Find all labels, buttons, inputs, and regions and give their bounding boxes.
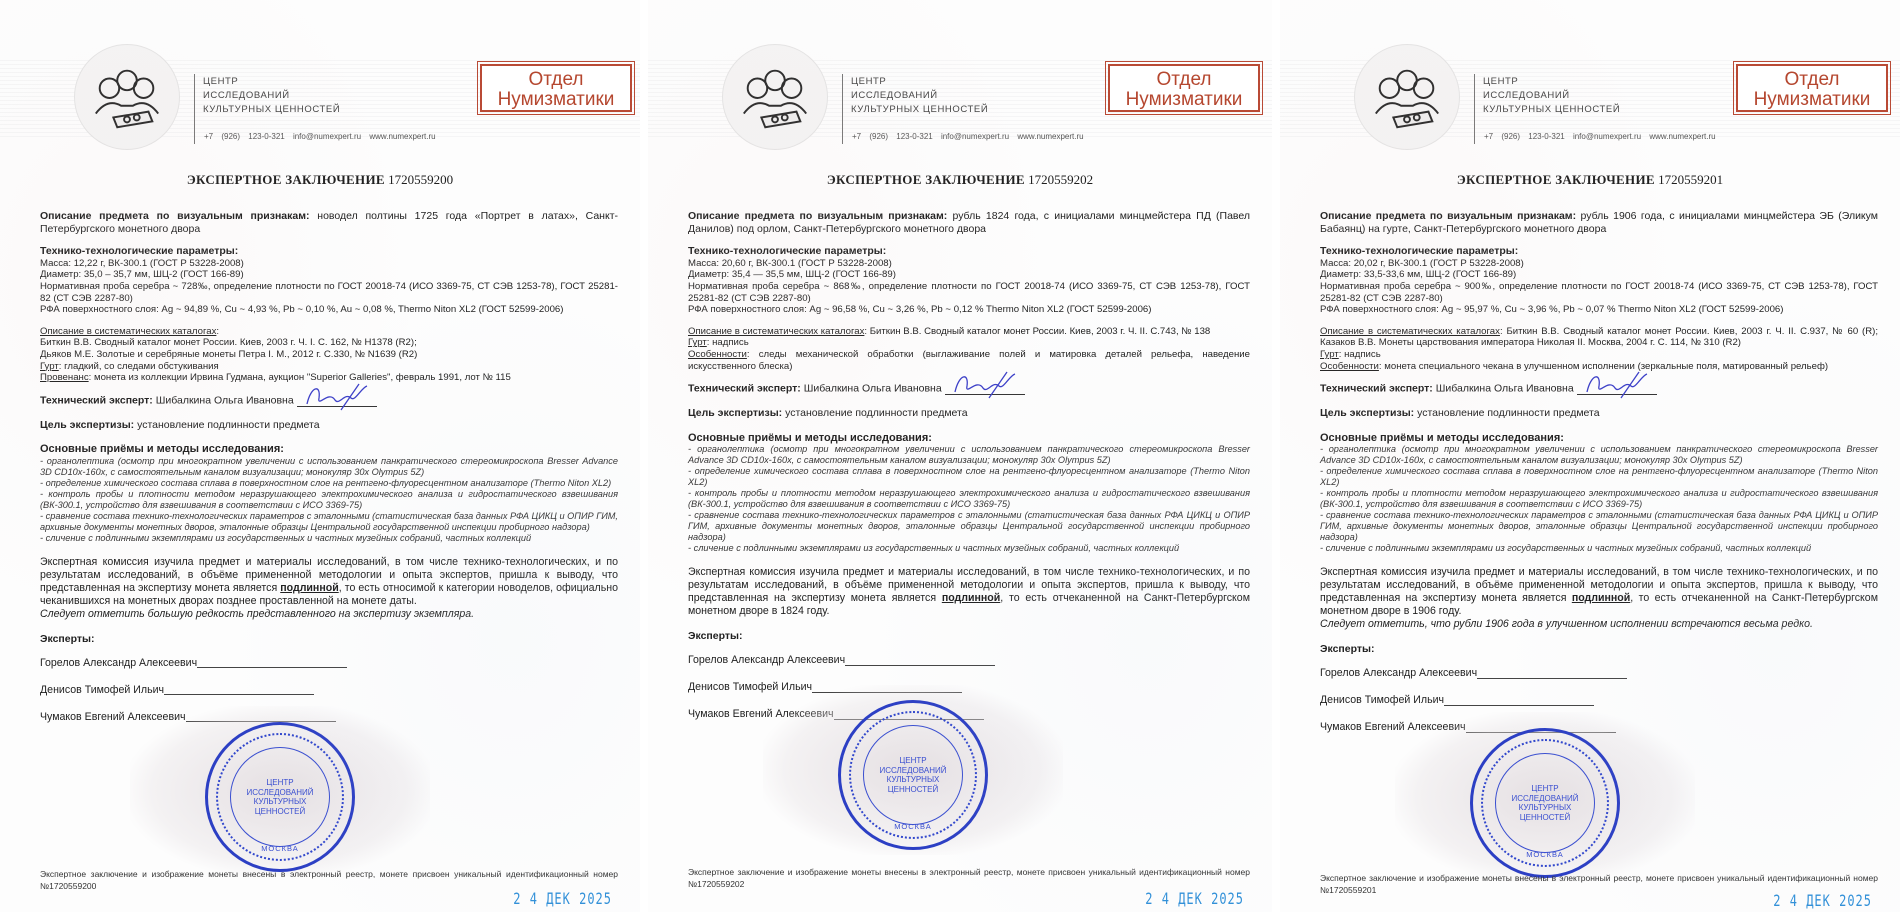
param-fineness: Нормативная проба серебра ~ 900‰, опреде…	[1320, 281, 1878, 304]
edge-label: Гурт	[1320, 349, 1339, 360]
document-number: 1720559202	[1028, 172, 1093, 187]
org-line: ИССЛЕДОВАНИЙ	[203, 90, 340, 102]
description-section: Описание предмета по визуальным признака…	[688, 210, 1250, 235]
phone: +7 (926) 123-0-321	[204, 132, 285, 141]
expert-row: Горелов Александр Алексеевич	[40, 650, 618, 677]
description-label: Описание предмета по визуальным признака…	[40, 210, 310, 222]
footer-text: Экспертное заключение и изображение моне…	[1320, 873, 1878, 883]
expert-row: Денисов Тимофей Ильич	[40, 677, 618, 704]
method-item: - сравнение состава технико-технологичес…	[1320, 510, 1878, 543]
expert-name: Горелов Александр Алексеевич	[1320, 667, 1477, 679]
registry-footer: Экспертное заключение и изображение моне…	[688, 866, 1250, 890]
catalogs-label: Описание в систематических каталогах	[40, 326, 216, 337]
conclusion: Экспертная комиссия изучила предмет и ма…	[40, 556, 618, 608]
org-line: ИССЛЕДОВАНИЙ	[1483, 90, 1620, 102]
registry-footer: Экспертное заключение и изображение моне…	[40, 868, 618, 892]
registry-number: №1720559200	[40, 881, 96, 891]
stamp-city: МОСКВА	[1473, 850, 1617, 859]
website-link[interactable]: www.numexpert.ru	[1017, 132, 1083, 141]
tech-expert-row: Технический эксперт: Шибалкина Ольга Ива…	[40, 394, 618, 407]
expert-conclusion-document-3: ЦЕНТР ИССЛЕДОВАНИЙ КУЛЬТУРНЫХ ЦЕННОСТЕЙ …	[1280, 0, 1900, 912]
goal-value: установление подлинности предмета	[1417, 407, 1599, 419]
catalogs-value: Биткин В.В. Сводный каталог монет России…	[870, 326, 1211, 337]
logo	[722, 44, 828, 150]
experts-heading: Эксперты:	[1320, 643, 1878, 656]
signature-icon	[1577, 382, 1657, 395]
method-item: - контроль пробы и плотности методом нер…	[1320, 488, 1878, 510]
param-mass: Масса: 12,22 г, ВК-300.1 (ГОСТ Р 53228-2…	[40, 258, 618, 270]
tech-expert-row: Технический эксперт: Шибалкина Ольга Ива…	[1320, 382, 1878, 395]
edge-value: надпись	[712, 337, 749, 348]
email-link[interactable]: info@numexpert.ru	[293, 132, 361, 141]
stamp-text: КУЛЬТУРНЫХ	[1512, 803, 1579, 813]
stamp-text: ИССЛЕДОВАНИЙ	[247, 788, 314, 798]
signature-icon	[945, 382, 1025, 395]
methods-heading: Основные приёмы и методы исследования:	[40, 443, 618, 456]
stamp-city: МОСКВА	[841, 822, 985, 831]
title-label: ЭКСПЕРТНОЕ ЗАКЛЮЧЕНИЕ	[827, 172, 1025, 187]
stamp-text: КУЛЬТУРНЫХ	[247, 797, 314, 807]
document-body: Описание предмета по визуальным признака…	[688, 210, 1250, 728]
stamp-text: ИССЛЕДОВАНИЙ	[880, 766, 947, 776]
stamp-text: ЦЕНТР	[247, 778, 314, 788]
contacts: +7 (926) 123-0-321 info@numexpert.ru www…	[852, 132, 1084, 141]
tech-expert-row: Технический эксперт: Шибалкина Ольга Ива…	[688, 382, 1250, 395]
website-link[interactable]: www.numexpert.ru	[369, 132, 435, 141]
title-label: ЭКСПЕРТНОЕ ЗАКЛЮЧЕНИЕ	[1457, 172, 1655, 187]
department-line: Нумизматики	[482, 90, 630, 110]
catalogs-section: Описание в систематических каталогах: Би…	[40, 326, 618, 384]
tech-expert-name: Шибалкина Ольга Ивановна	[804, 383, 942, 395]
edge-value: надпись	[1344, 349, 1381, 360]
goal-label: Цель экспертизы:	[688, 407, 782, 419]
org-line: КУЛЬТУРНЫХ ЦЕННОСТЕЙ	[203, 104, 340, 116]
features-label: Особенности	[688, 349, 747, 360]
experts-heading: Эксперты:	[688, 630, 1250, 643]
expert-name: Горелов Александр Алексеевич	[40, 657, 197, 669]
stamp-text: ЦЕННОСТЕЙ	[1512, 813, 1579, 823]
department-line: Нумизматики	[1110, 90, 1258, 110]
conclusion: Экспертная комиссия изучила предмет и ма…	[688, 566, 1250, 618]
department-line: Отдел	[1738, 70, 1886, 90]
department-line: Нумизматики	[1738, 90, 1886, 110]
provenance-label: Провенанс	[40, 372, 89, 383]
registry-number: №1720559202	[688, 879, 744, 889]
param-diameter: Диаметр: 33,5-33,6 мм, ШЦ-2 (ГОСТ 166-89…	[1320, 269, 1878, 281]
expert-conclusion-document-2: ЦЕНТР ИССЛЕДОВАНИЙ КУЛЬТУРНЫХ ЦЕННОСТЕЙ …	[648, 0, 1272, 912]
department-line: Отдел	[482, 70, 630, 90]
org-line: ЦЕНТР	[203, 76, 340, 88]
goal-label: Цель экспертизы:	[40, 419, 134, 431]
features-label: Особенности	[1320, 361, 1379, 372]
email-link[interactable]: info@numexpert.ru	[941, 132, 1009, 141]
authentic-verdict: подлинной	[1572, 592, 1630, 604]
param-diameter: Диаметр: 35,0 – 35,7 мм, ШЦ-2 (ГОСТ 166-…	[40, 269, 618, 281]
catalogs-section: Описание в систематических каталогах: Би…	[688, 326, 1250, 372]
expert-row: Денисов Тимофей Ильич	[1320, 687, 1878, 714]
expert-conclusion-document-1: ЦЕНТР ИССЛЕДОВАНИЙ КУЛЬТУРНЫХ ЦЕННОСТЕЙ …	[0, 0, 640, 912]
methods-list: - органолептика (осмотр при многократном…	[1320, 444, 1878, 554]
tech-expert-name: Шибалкина Ольга Ивановна	[1436, 383, 1574, 395]
stamp-text: ЦЕННОСТЕЙ	[247, 807, 314, 817]
date-stamp: 2 4 ДЕК 2025	[1145, 890, 1244, 908]
goal-row: Цель экспертизы: установление подлинност…	[40, 419, 618, 432]
document-number: 1720559201	[1658, 172, 1723, 187]
stamp-text: ЦЕНТР	[880, 756, 947, 766]
conclusion-note: Следует отметить, что рубли 1906 года в …	[1320, 618, 1878, 631]
expert-row: Горелов Александр Алексеевич	[1320, 660, 1878, 687]
tech-expert-name: Шибалкина Ольга Ивановна	[156, 394, 294, 406]
email-link[interactable]: info@numexpert.ru	[1573, 132, 1641, 141]
method-item: - определение химического состава сплава…	[40, 478, 618, 489]
date-stamp: 2 4 ДЕК 2025	[1773, 892, 1872, 910]
document-body: Описание предмета по визуальным признака…	[40, 210, 618, 731]
expert-name: Денисов Тимофей Ильич	[40, 684, 164, 696]
contacts: +7 (926) 123-0-321 info@numexpert.ru www…	[204, 132, 436, 141]
phone: +7 (926) 123-0-321	[852, 132, 933, 141]
conclusion: Экспертная комиссия изучила предмет и ма…	[1320, 566, 1878, 618]
goal-label: Цель экспертизы:	[1320, 407, 1414, 419]
document-title: ЭКСПЕРТНОЕ ЗАКЛЮЧЕНИЕ 1720559200	[0, 172, 640, 188]
method-item: - органолептика (осмотр при многократном…	[1320, 444, 1878, 466]
method-item: - органолептика (осмотр при многократном…	[40, 456, 618, 478]
signature-icon	[297, 394, 377, 407]
goal-row: Цель экспертизы: установление подлинност…	[1320, 407, 1878, 420]
description-section: Описание предмета по визуальным признака…	[1320, 210, 1878, 235]
document-title: ЭКСПЕРТНОЕ ЗАКЛЮЧЕНИЕ 1720559201	[1280, 172, 1900, 188]
method-item: - определение химического состава сплава…	[688, 466, 1250, 488]
authentic-verdict: подлинной	[942, 592, 1000, 604]
description-label: Описание предмета по визуальным признака…	[688, 210, 947, 222]
method-item: - определение химического состава сплава…	[1320, 466, 1878, 488]
department-logo: Отдел Нумизматики	[1108, 64, 1260, 112]
org-line: КУЛЬТУРНЫХ ЦЕННОСТЕЙ	[851, 104, 988, 116]
seal-stamp-icon: ЦЕНТР ИССЛЕДОВАНИЙ КУЛЬТУРНЫХ ЦЕННОСТЕЙ …	[205, 722, 355, 872]
seal-stamp-icon: ЦЕНТР ИССЛЕДОВАНИЙ КУЛЬТУРНЫХ ЦЕННОСТЕЙ …	[1470, 728, 1620, 878]
edge-label: Гурт	[40, 361, 59, 372]
title-label: ЭКСПЕРТНОЕ ЗАКЛЮЧЕНИЕ	[187, 172, 385, 187]
org-line: ЦЕНТР	[1483, 76, 1620, 88]
method-item: - контроль пробы и плотности методом нер…	[40, 489, 618, 511]
methods-list: - органолептика (осмотр при многократном…	[688, 444, 1250, 554]
tech-expert-label: Технический эксперт:	[40, 394, 153, 406]
description-section: Описание предмета по визуальным признака…	[40, 210, 618, 235]
method-item: - сличение с подлинными экземплярами из …	[1320, 543, 1878, 554]
method-item: - сравнение состава технико-технологичес…	[688, 510, 1250, 543]
catalogs-label: Описание в систематических каталогах	[1320, 326, 1500, 337]
catalogs-section: Описание в систематических каталогах: Би…	[1320, 326, 1878, 372]
param-diameter: Диаметр: 35,4 — 35,5 мм, ШЦ-2 (ГОСТ 166-…	[688, 269, 1250, 281]
description-label: Описание предмета по визуальным признака…	[1320, 210, 1576, 222]
method-item: - органолептика (осмотр при многократном…	[688, 444, 1250, 466]
stamp-text: ЦЕННОСТЕЙ	[880, 785, 947, 795]
authentic-verdict: подлинной	[280, 582, 338, 594]
methods-heading: Основные приёмы и методы исследования:	[688, 432, 1250, 445]
org-line: ЦЕНТР	[851, 76, 988, 88]
method-item: - сравнение состава технико-технологичес…	[40, 511, 618, 533]
date-stamp: 2 4 ДЕК 2025	[513, 890, 612, 908]
expert-row: Горелов Александр Алексеевич	[688, 647, 1250, 674]
catalog-entry: Биткин В.В. Сводный каталог монет России…	[40, 337, 618, 349]
methods-list: - органолептика (осмотр при многократном…	[40, 456, 618, 544]
org-line: КУЛЬТУРНЫХ ЦЕННОСТЕЙ	[1483, 104, 1620, 116]
department-logo: Отдел Нумизматики	[1736, 64, 1888, 112]
param-xrf: РФА поверхностного слоя: Ag ~ 94,89 %, C…	[40, 304, 618, 316]
method-item: - сличение с подлинными экземплярами из …	[688, 543, 1250, 554]
logo	[74, 44, 180, 150]
stamp-text: ИССЛЕДОВАНИЙ	[1512, 794, 1579, 804]
stamp-text: КУЛЬТУРНЫХ	[880, 775, 947, 785]
edge-label: Гурт	[688, 337, 707, 348]
contacts: +7 (926) 123-0-321 info@numexpert.ru www…	[1484, 132, 1716, 141]
footer-text: Экспертное заключение и изображение моне…	[40, 869, 618, 879]
document-title: ЭКСПЕРТНОЕ ЗАКЛЮЧЕНИЕ 1720559202	[648, 172, 1272, 188]
goal-value: установление подлинности предмета	[785, 407, 967, 419]
footer-text: Экспертное заключение и изображение моне…	[688, 867, 1250, 877]
logo	[1354, 44, 1460, 150]
conclusion-note: Следует отметить большую редкость предст…	[40, 608, 618, 621]
expert-name: Денисов Тимофей Ильич	[1320, 694, 1444, 706]
catalogs-label: Описание в систематических каталогах	[688, 326, 864, 337]
method-item: - сличение с подлинными экземплярами из …	[40, 533, 618, 544]
param-fineness: Нормативная проба серебра ~ 868‰, опреде…	[688, 281, 1250, 304]
catalog-entry: Дьяков М.Е. Золотые и серебряные монеты …	[40, 349, 618, 361]
param-mass: Масса: 20,60 г, ВК-300.1 (ГОСТ Р 53228-2…	[688, 258, 1250, 270]
document-number: 1720559200	[388, 172, 453, 187]
website-link[interactable]: www.numexpert.ru	[1649, 132, 1715, 141]
seal-stamp-icon: ЦЕНТР ИССЛЕДОВАНИЙ КУЛЬТУРНЫХ ЦЕННОСТЕЙ …	[838, 700, 988, 850]
org-line: ИССЛЕДОВАНИЙ	[851, 90, 988, 102]
features-value: следы механической обработки (выглаживан…	[688, 349, 1250, 372]
method-item: - контроль пробы и плотности методом нер…	[688, 488, 1250, 510]
param-xrf: РФА поверхностного слоя: Ag ~ 96,58 %, C…	[688, 304, 1250, 316]
stamp-text: ЦЕНТР	[1512, 784, 1579, 794]
goal-value: установление подлинности предмета	[137, 419, 319, 431]
params-heading: Технико-технологические параметры:	[1320, 245, 1878, 258]
edge-value: гладкий, со следами обстукивания	[64, 361, 219, 372]
registry-number: №1720559201	[1320, 885, 1376, 895]
document-body: Описание предмета по визуальным признака…	[1320, 210, 1878, 741]
param-xrf: РФА поверхностного слоя: Ag ~ 95,97 %, C…	[1320, 304, 1878, 316]
experts-examining-coin-icon	[88, 62, 166, 132]
param-fineness: Нормативная проба серебра ~ 728‰, опреде…	[40, 281, 618, 304]
params-heading: Технико-технологические параметры:	[40, 245, 618, 258]
experts-heading: Эксперты:	[40, 633, 618, 646]
param-mass: Масса: 20,02 г, ВК-300.1 (ГОСТ Р 53228-2…	[1320, 258, 1878, 270]
phone: +7 (926) 123-0-321	[1484, 132, 1565, 141]
goal-row: Цель экспертизы: установление подлинност…	[688, 407, 1250, 420]
expert-name: Горелов Александр Алексеевич	[688, 654, 845, 666]
stamp-city: МОСКВА	[208, 844, 352, 853]
methods-heading: Основные приёмы и методы исследования:	[1320, 432, 1878, 445]
params-heading: Технико-технологические параметры:	[688, 245, 1250, 258]
experts-examining-coin-icon	[736, 62, 814, 132]
tech-expert-label: Технический эксперт:	[688, 383, 801, 395]
tech-expert-label: Технический эксперт:	[1320, 383, 1433, 395]
department-line: Отдел	[1110, 70, 1258, 90]
department-logo: Отдел Нумизматики	[480, 64, 632, 112]
experts-examining-coin-icon	[1368, 62, 1446, 132]
